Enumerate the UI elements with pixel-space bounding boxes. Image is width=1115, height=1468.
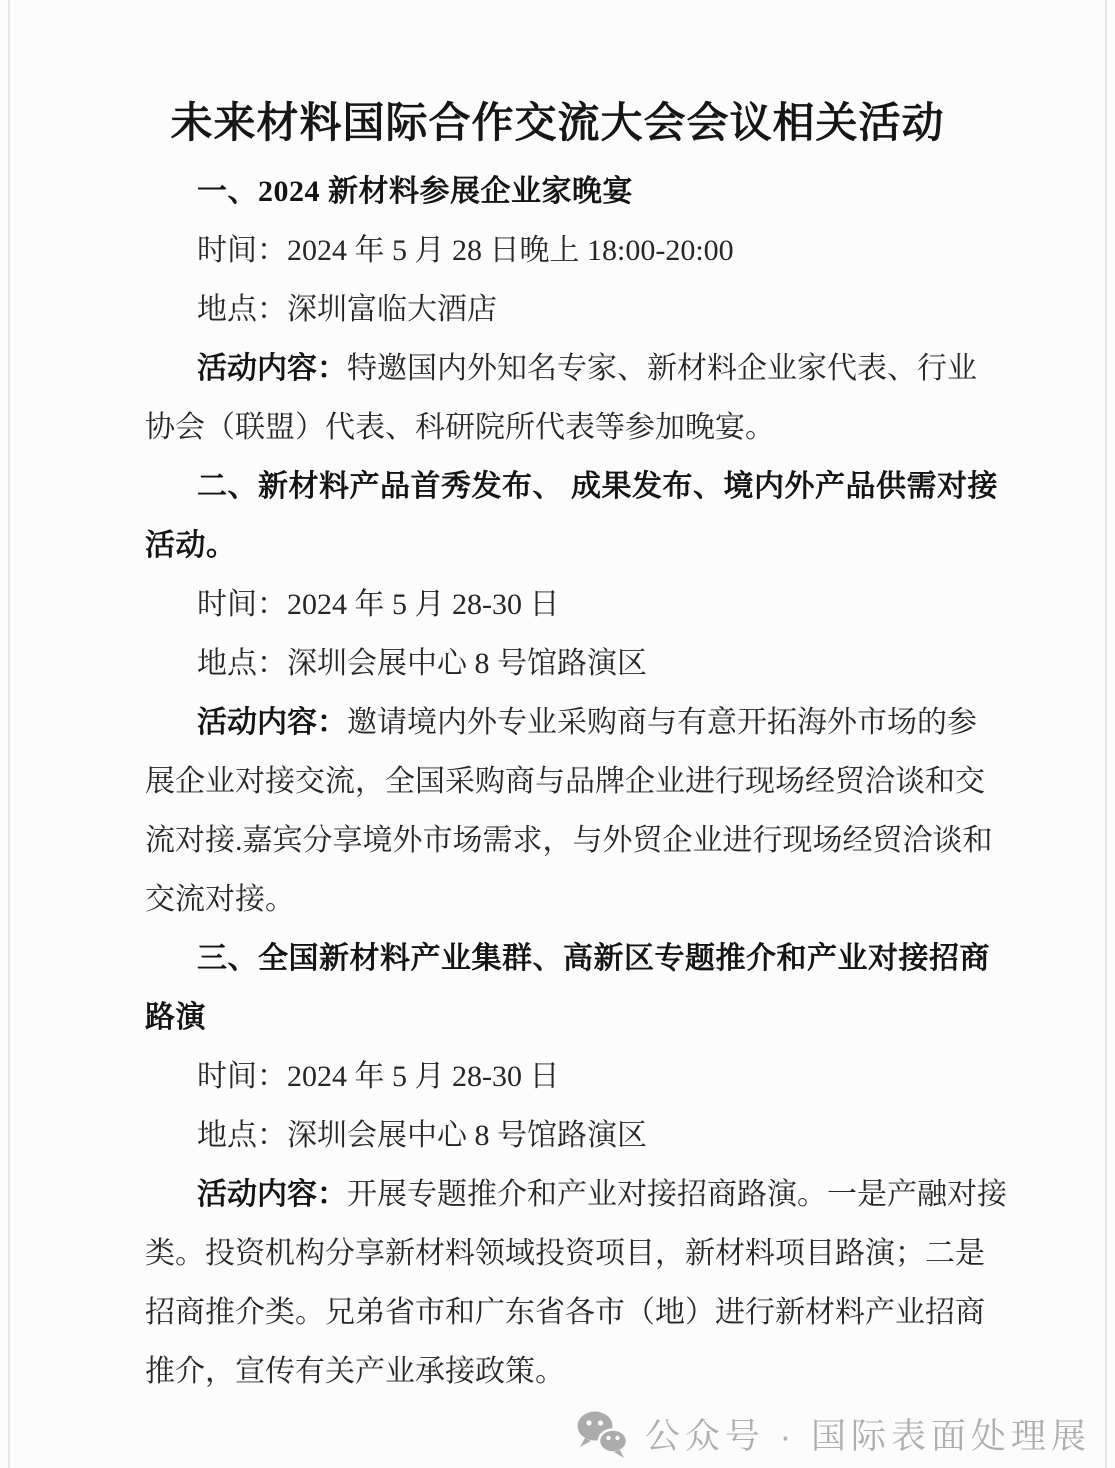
- doc-line-content: 活动内容：开展专题推介和产业对接招商路演。一是产融对接: [145, 1165, 1015, 1224]
- doc-line-content: 活动内容：特邀国内外知名专家、新材料企业家代表、行业: [145, 339, 1015, 398]
- section-heading-line: 二、新材料产品首秀发布、 成果发布、境内外产品供需对接: [145, 457, 1015, 516]
- page-edge-right: [1105, 0, 1107, 1468]
- doc-line: 推介，宣传有关产业承接政策。: [145, 1342, 1015, 1401]
- field-text: 开展专题推介和产业对接招商路演。一是产融对接: [347, 1178, 1007, 1211]
- section-heading-line: 路演: [145, 988, 1015, 1047]
- watermark-text: 公众号 · 国际表面处理展: [645, 1409, 1091, 1459]
- wechat-icon: [573, 1408, 631, 1460]
- section-heading-line: 活动。: [145, 516, 1015, 575]
- field-label: 活动内容：: [197, 352, 347, 385]
- doc-line: 协会（联盟）代表、科研院所代表等参加晚宴。: [145, 398, 1015, 457]
- page-edge-left: [8, 0, 10, 1468]
- doc-line: 交流对接。: [145, 870, 1015, 929]
- doc-line: 类。投资机构分享新材料领域投资项目，新材料项目路演；二是: [145, 1224, 1015, 1283]
- doc-line-location: 地点：深圳富临大酒店: [145, 280, 1015, 339]
- doc-line: 流对接.嘉宾分享境外市场需求，与外贸企业进行现场经贸洽谈和: [145, 811, 1015, 870]
- field-label: 活动内容：: [197, 1178, 347, 1211]
- field-text: 特邀国内外知名专家、新材料企业家代表、行业: [347, 352, 977, 385]
- field-label: 活动内容：: [197, 706, 347, 739]
- doc-line: 招商推介类。兄弟省市和广东省各市（地）进行新材料产业招商: [145, 1283, 1015, 1342]
- doc-line-location: 地点：深圳会展中心 8 号馆路演区: [145, 634, 1015, 693]
- watermark: 公众号 · 国际表面处理展: [573, 1408, 1091, 1460]
- doc-line-time: 时间：2024 年 5 月 28-30 日: [145, 1047, 1015, 1106]
- doc-line-content: 活动内容：邀请境内外专业采购商与有意开拓海外市场的参: [145, 693, 1015, 752]
- doc-line-time: 时间：2024 年 5 月 28-30 日: [145, 575, 1015, 634]
- doc-line-time: 时间：2024 年 5 月 28 日晚上 18:00-20:00: [145, 221, 1015, 280]
- section-heading-line: 一、2024 新材料参展企业家晚宴: [145, 162, 1015, 221]
- section-heading-line: 三、全国新材料产业集群、高新区专题推介和产业对接招商: [145, 929, 1015, 988]
- document-title: 未来材料国际合作交流大会会议相关活动: [0, 90, 1115, 150]
- document-body: 一、2024 新材料参展企业家晚宴 时间：2024 年 5 月 28 日晚上 1…: [0, 162, 1015, 1401]
- field-text: 邀请境内外专业采购商与有意开拓海外市场的参: [347, 706, 977, 739]
- doc-line-location: 地点：深圳会展中心 8 号馆路演区: [145, 1106, 1015, 1165]
- doc-line: 展企业对接交流，全国采购商与品牌企业进行现场经贸洽谈和交: [145, 752, 1015, 811]
